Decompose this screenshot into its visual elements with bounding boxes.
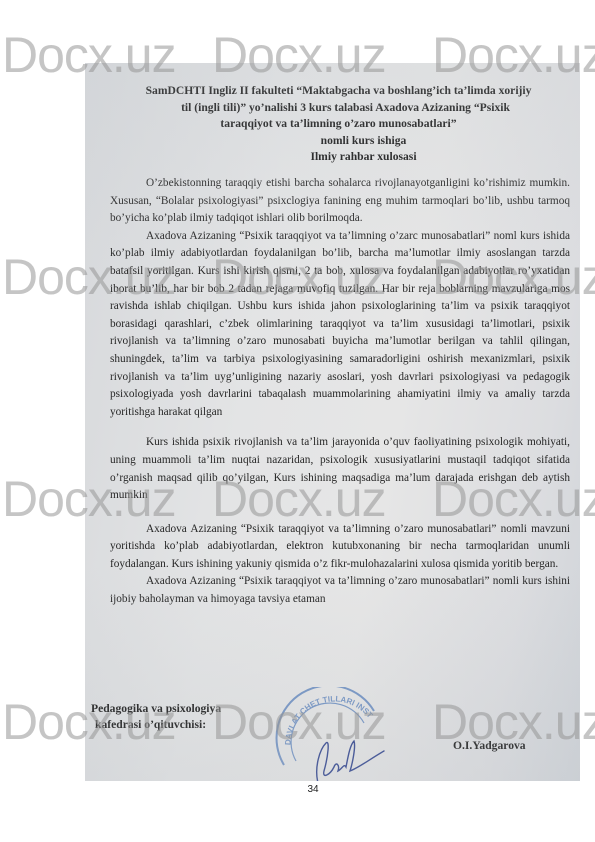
- signer-name: O.I.Yadgarova: [453, 739, 526, 752]
- paragraph: Axadova Azizaning “Psixik taraqqiyot va …: [110, 521, 570, 574]
- document-body: O’zbekistonning taraqqiy etishi barcha s…: [110, 175, 570, 609]
- department-line: Pedagogika va psixologiya: [91, 701, 221, 717]
- department-line: kafedrasi o’qituvchisi:: [91, 717, 221, 733]
- stamp-icon: DAVLAT CHET TILLARI INSTITUTI: [270, 687, 390, 781]
- document-heading: SamDCHTI Ingliz II fakulteti “Maktabgach…: [105, 83, 572, 166]
- document-photo: SamDCHTI Ingliz II fakulteti “Maktabgach…: [85, 63, 580, 781]
- signature-scribble: [317, 741, 384, 781]
- paragraph: Axadova Azizaning “Psixik taraqqiyot va …: [110, 573, 570, 608]
- heading-line: SamDCHTI Ingliz II fakulteti “Maktabgach…: [105, 83, 572, 100]
- paragraph: Axadova Azizaning “Psixik taraqqiyot va …: [110, 228, 570, 422]
- page-number: 34: [0, 784, 595, 795]
- heading-line: til (ingli tili)” yo’nalishi 3 kurs tala…: [105, 100, 572, 117]
- heading-line: taraqqiyot va ta’limning o’zaro munosaba…: [105, 116, 572, 133]
- document-subtitle: Ilmiy rahbar xulosasi: [105, 149, 572, 166]
- signature-block: Pedagogika va psixologiya kafedrasi o’qi…: [85, 701, 580, 781]
- paragraph: Kurs ishida psixik rivojlanish va ta’lim…: [110, 434, 570, 504]
- heading-line: nomli kurs ishiga: [105, 133, 572, 150]
- paragraph: O’zbekistonning taraqqiy etishi barcha s…: [110, 175, 570, 228]
- department-title: Pedagogika va psixologiya kafedrasi o’qi…: [91, 701, 221, 733]
